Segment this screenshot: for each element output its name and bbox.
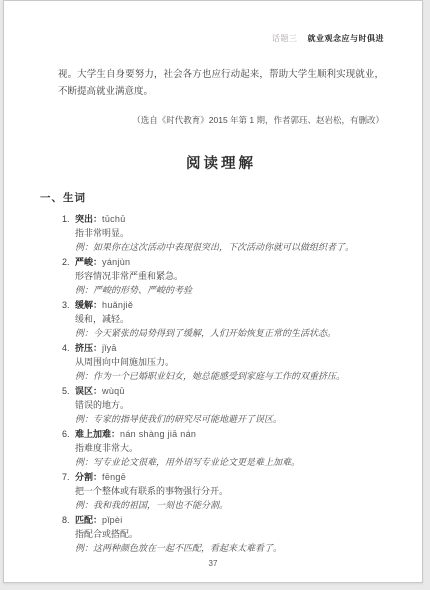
vocab-example: 例：专家的指导使我们的研究尽可能地避开了误区。 bbox=[58, 412, 384, 426]
vocab-number: 1. bbox=[62, 212, 75, 226]
vocab-pinyin: nán shàng jiā nán bbox=[120, 429, 196, 439]
running-header: 话题三就业观念应与时俱进 bbox=[58, 33, 384, 44]
vocab-pinyin: fēngē bbox=[102, 472, 126, 482]
vocab-item-2: 2.严峻：yánjùn 形容情况非常严重和紧急。 例：严峻的形势、严峻的考验 bbox=[58, 255, 384, 297]
vocab-number: 5. bbox=[62, 384, 75, 398]
vocab-word-line: 4.挤压：jǐyā bbox=[58, 341, 384, 355]
vocab-word: 缓解： bbox=[75, 300, 102, 310]
vocab-number: 2. bbox=[62, 255, 75, 269]
vocab-word: 突出： bbox=[75, 214, 102, 224]
vocab-word-line: 7.分割：fēngē bbox=[58, 470, 384, 484]
vocab-pinyin: yánjùn bbox=[102, 257, 130, 267]
vocab-word: 匹配： bbox=[75, 515, 102, 525]
vocab-item-7: 7.分割：fēngē 把一个整体或有联系的事物强行分开。 例：我和我的祖国，一刻… bbox=[58, 470, 384, 512]
vocab-definition: 把一个整体或有联系的事物强行分开。 bbox=[58, 484, 384, 498]
vocab-example: 例：如果你在这次活动中表现很突出，下次活动你就可以做组织者了。 bbox=[58, 240, 384, 254]
vocab-item-4: 4.挤压：jǐyā 从周围向中间施加压力。 例：作为一个已婚职业妇女，她总能感受… bbox=[58, 341, 384, 383]
vocab-example: 例：今天紧张的局势得到了缓解，人们开始恢复正常的生活状态。 bbox=[58, 326, 384, 340]
vocab-definition: 缓和，减轻。 bbox=[58, 312, 384, 326]
topic-title: 就业观念应与时俱进 bbox=[308, 34, 385, 43]
vocab-word-line: 2.严峻：yánjùn bbox=[58, 255, 384, 269]
vocab-definition: 指难度非常大。 bbox=[58, 441, 384, 455]
vocab-number: 6. bbox=[62, 427, 75, 441]
intro-paragraph: 视。大学生自身要努力，社会各方也应行动起来，帮助大学生顺利实现就业，不断提高就业… bbox=[58, 66, 384, 100]
source-citation: （选自《时代教育》2015 年第 1 期，作者郭珏、赵岩松，有删改） bbox=[58, 114, 384, 126]
vocab-pinyin: tūchū bbox=[102, 214, 126, 224]
vocab-word-line: 8.匹配：pǐpèi bbox=[58, 513, 384, 527]
vocab-word: 挤压： bbox=[75, 343, 102, 353]
vocab-example: 例：这两种颜色放在一起不匹配，看起来太难看了。 bbox=[58, 541, 384, 555]
vocab-example: 例：作为一个已婚职业妇女，她总能感受到家庭与工作的双重挤压。 bbox=[58, 369, 384, 383]
vocab-item-6: 6.难上加难：nán shàng jiā nán 指难度非常大。 例：写专业论文… bbox=[58, 427, 384, 469]
vocab-pinyin: wùqū bbox=[102, 386, 125, 396]
document-page: 话题三就业观念应与时俱进 视。大学生自身要努力，社会各方也应行动起来，帮助大学生… bbox=[3, 0, 423, 583]
vocab-word-line: 6.难上加难：nán shàng jiā nán bbox=[58, 427, 384, 441]
vocab-definition: 指配合或搭配。 bbox=[58, 527, 384, 541]
vocab-definition: 错误的地方。 bbox=[58, 398, 384, 412]
vocab-word: 分割： bbox=[75, 472, 102, 482]
vocab-pinyin: pǐpèi bbox=[102, 515, 123, 525]
main-heading: 阅读理解 bbox=[58, 152, 384, 173]
vocab-item-1: 1.突出：tūchū 指非常明显。 例：如果你在这次活动中表现很突出，下次活动你… bbox=[58, 212, 384, 254]
vocab-item-8: 8.匹配：pǐpèi 指配合或搭配。 例：这两种颜色放在一起不匹配，看起来太难看… bbox=[58, 513, 384, 555]
vocab-number: 7. bbox=[62, 470, 75, 484]
vocab-example: 例：我和我的祖国，一刻也不能分割。 bbox=[58, 498, 384, 512]
page-number: 37 bbox=[4, 559, 422, 568]
vocab-item-3: 3.缓解：huǎnjiě 缓和，减轻。 例：今天紧张的局势得到了缓解，人们开始恢… bbox=[58, 298, 384, 340]
vocab-example: 例：严峻的形势、严峻的考验 bbox=[58, 283, 384, 297]
vocab-number: 3. bbox=[62, 298, 75, 312]
vocab-word-line: 1.突出：tūchū bbox=[58, 212, 384, 226]
vocab-item-5: 5.误区：wùqū 错误的地方。 例：专家的指导使我们的研究尽可能地避开了误区。 bbox=[58, 384, 384, 426]
vocab-pinyin: jǐyā bbox=[102, 343, 117, 353]
vocab-pinyin: huǎnjiě bbox=[102, 300, 133, 310]
vocab-definition: 指非常明显。 bbox=[58, 226, 384, 240]
vocab-definition: 从周围向中间施加压力。 bbox=[58, 355, 384, 369]
vocab-number: 4. bbox=[62, 341, 75, 355]
section-heading: 一、生词 bbox=[40, 190, 384, 205]
vocab-word-line: 3.缓解：huǎnjiě bbox=[58, 298, 384, 312]
topic-label: 话题三 bbox=[272, 34, 298, 43]
vocab-word: 严峻： bbox=[75, 257, 102, 267]
vocab-list: 1.突出：tūchū 指非常明显。 例：如果你在这次活动中表现很突出，下次活动你… bbox=[58, 212, 384, 555]
vocab-word: 难上加难： bbox=[75, 429, 120, 439]
vocab-word-line: 5.误区：wùqū bbox=[58, 384, 384, 398]
vocab-word: 误区： bbox=[75, 386, 102, 396]
vocab-example: 例：写专业论文很难，用外语写专业论文更是难上加难。 bbox=[58, 455, 384, 469]
vocab-definition: 形容情况非常严重和紧急。 bbox=[58, 269, 384, 283]
vocab-number: 8. bbox=[62, 513, 75, 527]
page-content: 话题三就业观念应与时俱进 视。大学生自身要努力，社会各方也应行动起来，帮助大学生… bbox=[4, 1, 422, 555]
